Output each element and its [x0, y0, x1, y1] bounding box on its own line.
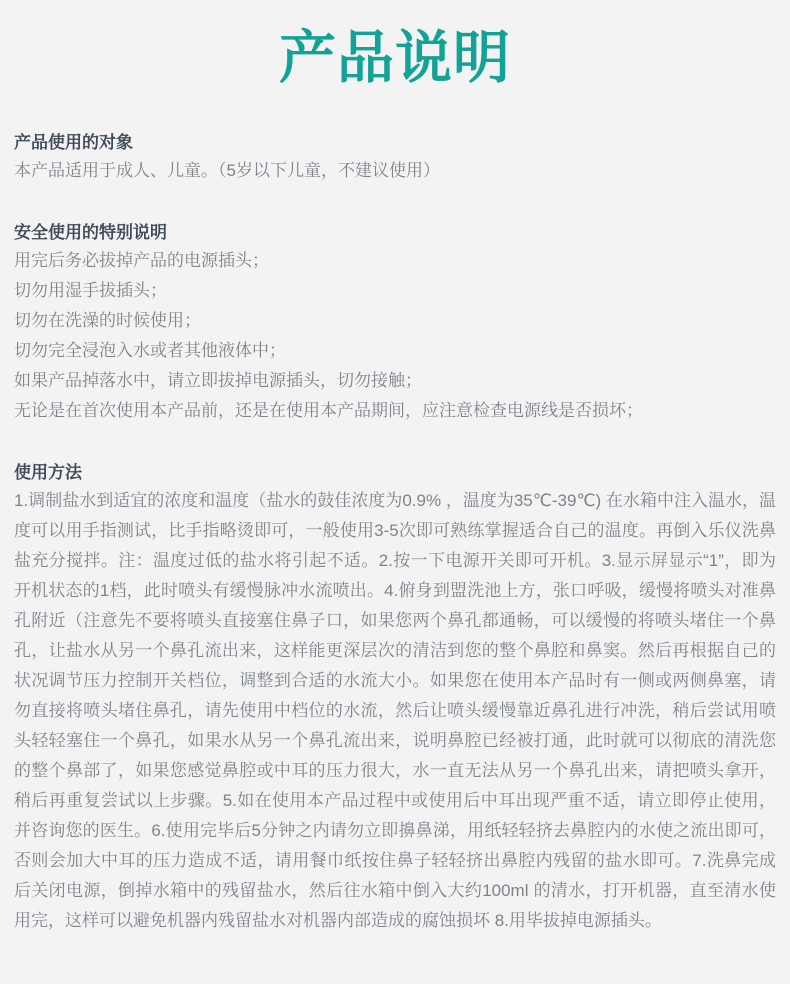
safety-rule: 如果产品掉落水中，请立即拔掉电源插头，切勿接触；: [14, 366, 776, 396]
safety-rule: 切勿用湿手拔插头；: [14, 276, 776, 306]
usage-instructions-text: 1.调制盐水到适宜的浓度和温度（盐水的鼓佳浓度为0.9% ，温度为35℃-39℃…: [14, 486, 776, 936]
safety-rule: 用完后务必拔掉产品的电源插头；: [14, 246, 776, 276]
page-title: 产品说明: [14, 24, 776, 92]
product-description-page: 产品说明 产品使用的对象 本产品适用于成人、儿童。（5岁以下儿童，不建议使用） …: [0, 0, 790, 984]
section-audience: 产品使用的对象 本产品适用于成人、儿童。（5岁以下儿童，不建议使用）: [14, 130, 776, 186]
safety-heading: 安全使用的特别说明: [14, 220, 776, 246]
safety-rule: 切勿在洗澡的时候使用；: [14, 306, 776, 336]
audience-text: 本产品适用于成人、儿童。（5岁以下儿童，不建议使用）: [14, 156, 776, 186]
safety-rule: 切勿完全浸泡入水或者其他液体中；: [14, 336, 776, 366]
usage-heading: 使用方法: [14, 460, 776, 486]
section-safety: 安全使用的特别说明 用完后务必拔掉产品的电源插头； 切勿用湿手拔插头； 切勿在洗…: [14, 220, 776, 426]
section-usage: 使用方法 1.调制盐水到适宜的浓度和温度（盐水的鼓佳浓度为0.9% ，温度为35…: [14, 460, 776, 936]
audience-heading: 产品使用的对象: [14, 130, 776, 156]
safety-rule: 无论是在首次使用本产品前，还是在使用本产品期间，应注意检查电源线是否损坏；: [14, 396, 776, 426]
